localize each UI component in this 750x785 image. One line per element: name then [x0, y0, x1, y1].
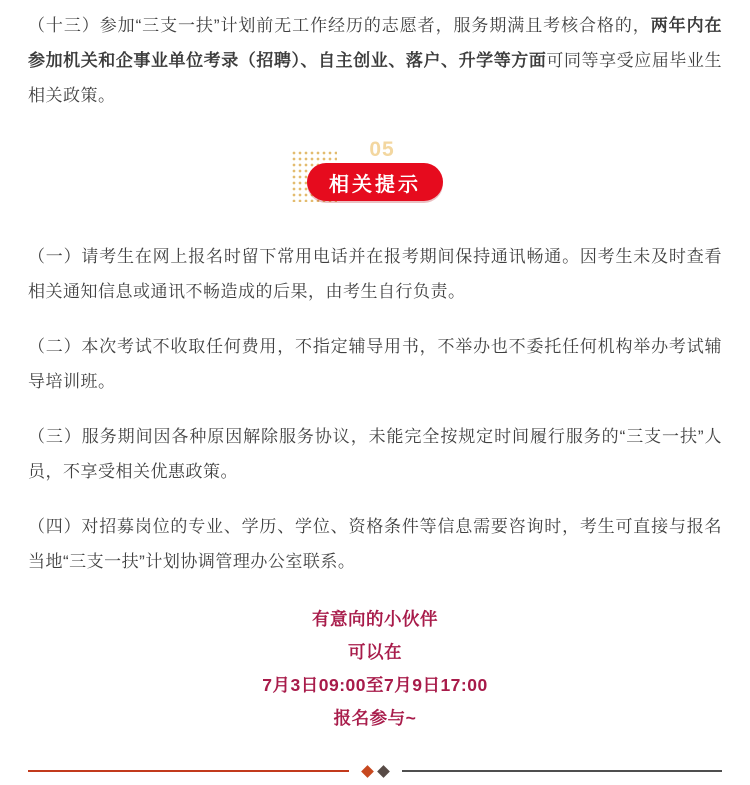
cta-line-1: 有意向的小伙伴 — [28, 603, 722, 636]
diamond-icon-dark — [377, 765, 390, 778]
divider-line-left — [28, 770, 349, 772]
tip-paragraph-1: （一）请考生在网上报名时留下常用电话并在报考期间保持通讯畅通。因考生未及时查看相… — [28, 239, 722, 309]
divider-line-right — [402, 770, 723, 772]
intro-text-normal: （十三）参加“三支一扶”计划前无工作经历的志愿者，服务期满且考核合格的， — [28, 16, 651, 35]
tips-list: （一）请考生在网上报名时留下常用电话并在报考期间保持通讯畅通。因考生未及时查看相… — [28, 239, 722, 579]
cta-line-2: 可以在 — [28, 636, 722, 669]
section-title-pill-wrap: 相关提示 — [307, 163, 443, 201]
article-content: （十三）参加“三支一扶”计划前无工作经历的志愿者，服务期满且考核合格的，两年内在… — [0, 0, 750, 735]
tip-paragraph-2: （二）本次考试不收取任何费用，不指定辅导用书，不举办也不委托任何机构举办考试辅导… — [28, 329, 722, 399]
cta-line-3: 7月3日09:00至7月9日17:00 — [28, 669, 722, 702]
section-header: 05 相关提示 — [28, 137, 722, 201]
cta-line-4: 报名参与~ — [28, 702, 722, 735]
bottom-divider — [28, 757, 722, 785]
cta-block: 有意向的小伙伴 可以在 7月3日09:00至7月9日17:00 报名参与~ — [28, 603, 722, 735]
section-number: 05 — [369, 137, 394, 163]
diamond-icon-red — [361, 765, 374, 778]
tip-paragraph-4: （四）对招募岗位的专业、学历、学位、资格条件等信息需要咨询时，考生可直接与报名当… — [28, 509, 722, 579]
tip-paragraph-3: （三）服务期间因各种原因解除服务协议，未能完全按规定时间履行服务的“三支一扶”人… — [28, 419, 722, 489]
intro-paragraph: （十三）参加“三支一扶”计划前无工作经历的志愿者，服务期满且考核合格的，两年内在… — [28, 8, 722, 113]
section-title-pill: 相关提示 — [307, 163, 443, 201]
